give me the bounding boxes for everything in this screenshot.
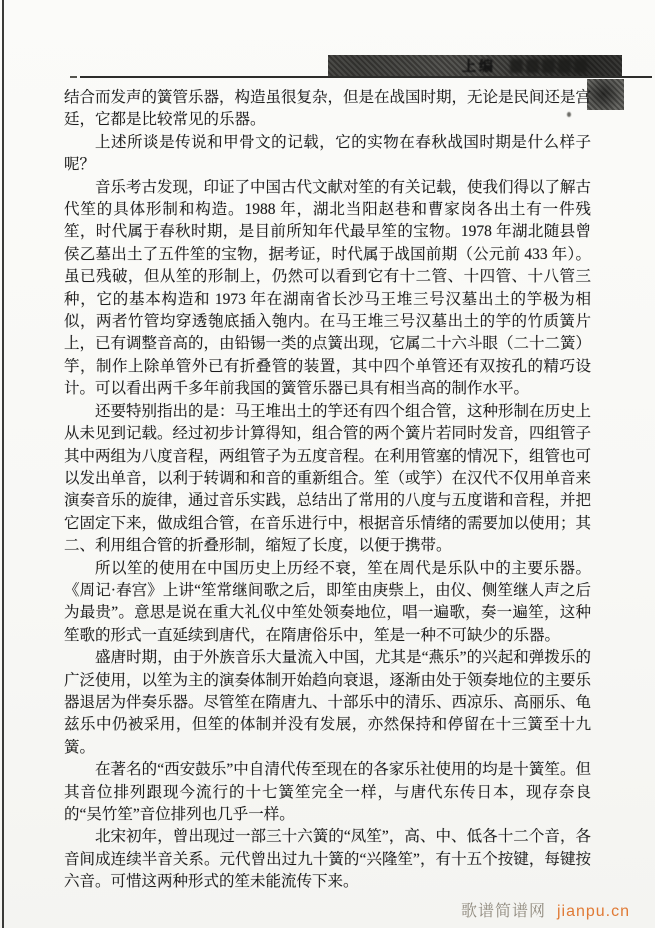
- illegible-header-character: [542, 59, 555, 73]
- illegible-header-character: [558, 59, 571, 73]
- running-header-section-label: 上编: [462, 56, 496, 76]
- header-rule-dash: [70, 76, 77, 78]
- ink-blot: [587, 79, 624, 110]
- illegible-header-character: [574, 59, 587, 73]
- paragraph: 音乐考古发现，印证了中国古代文献对笙的有关记载，使我们得以了解古代笙的具体形制和…: [64, 177, 591, 401]
- watermark-site-name: 歌谱简谱网: [461, 903, 546, 920]
- illegible-header-character: [510, 59, 523, 73]
- running-header-band: 上编: [328, 55, 622, 76]
- header-rule: [80, 76, 652, 78]
- paragraph: 北宋初年，曾出现过一部三十六簧的“凤笙”，高、中、低各十二个音，各音间成连续半音…: [64, 826, 591, 893]
- page-edge-line: [2, 0, 4, 928]
- paragraph: 在著名的“西安鼓乐”中自清代传至现在的各家乐社使用的均是十簧笙。但其音位排列跟现…: [64, 759, 591, 826]
- page-body-text: 结合而发声的簧管乐器，构造虽很复杂，但是在战国时期，无论是民间还是宫廷，它都是比…: [64, 87, 591, 894]
- watermark-site-url: jianpu.cn: [557, 903, 630, 920]
- illegible-header-character: [526, 59, 539, 73]
- paragraph: 盛唐时期，由于外族音乐大量流入中国，尤其是“燕乐”的兴起和弹拨乐的广泛使用，以笙…: [64, 647, 591, 759]
- paragraph: 还要特别指出的是：马王堆出土的竽还有四个组合管，这种形制在历史上从未见到记载。经…: [64, 401, 591, 558]
- paragraph: 结合而发声的簧管乐器，构造虽很复杂，但是在战国时期，无论是民间还是宫廷，它都是比…: [64, 87, 591, 132]
- paragraph: 所以笙的使用在中国历史上历经不衰，笙在周代是乐队中的主要乐器。《周记·春宫》上讲…: [64, 558, 591, 648]
- watermark: 歌谱简谱网 jianpu.cn: [461, 898, 630, 921]
- scanned-book-page: 上编 结合而发声的簧管乐器，构造虽很复杂，但是在战国时期，无论是民间还是宫廷，它…: [0, 0, 655, 928]
- paragraph: 上述所谈是传说和甲骨文的记载，它的实物在春秋战国时期是什么样子呢？: [64, 132, 591, 177]
